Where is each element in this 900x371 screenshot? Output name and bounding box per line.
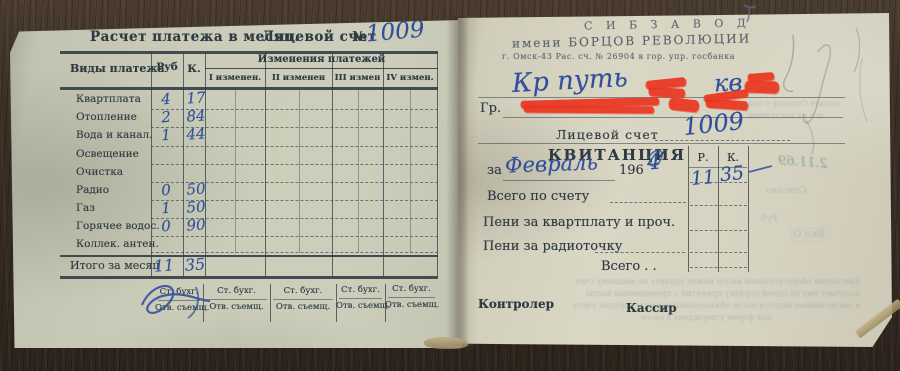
- receipt-rule: [688, 146, 689, 272]
- dotted-line: [610, 202, 686, 203]
- month-handwritten: Февраль: [505, 150, 599, 177]
- table-rule: [437, 53, 438, 277]
- tenant-label: Отв. съемщ.: [155, 303, 203, 313]
- signature-line: [273, 299, 333, 300]
- table-rule: [183, 53, 184, 277]
- row-value-kop: 17: [181, 88, 210, 108]
- bleedthrough-text: оплате Справку о зад: [748, 99, 839, 108]
- table-rule: [205, 53, 206, 277]
- accountant-label: Ст. бухг.: [270, 286, 336, 296]
- row-value-rub: 1: [151, 125, 180, 145]
- year-handwritten: 4: [646, 150, 662, 176]
- bleedthrough-text: Списано: [766, 186, 807, 196]
- table-subrule: [358, 90, 359, 253]
- table-subrule: [235, 90, 236, 253]
- ruled-line: [478, 143, 845, 144]
- dotted-line: [655, 140, 790, 141]
- signature-line: [339, 298, 382, 299]
- accountant-label: Ст. бухг.: [336, 285, 385, 295]
- redaction-mark: [524, 105, 654, 113]
- kop-header: К.: [183, 63, 205, 75]
- table-line: [60, 87, 438, 90]
- change-col-3: III измен: [332, 73, 383, 83]
- accountant-label: Ст. бухг.: [385, 284, 438, 294]
- row-value-rub: 4: [151, 89, 180, 109]
- accountant-label: Ст. бухг.: [203, 286, 270, 296]
- amount-kop-handwritten: 35: [716, 161, 748, 186]
- account-caption: Лицевой счет: [556, 127, 659, 142]
- receipt-row-line: [690, 230, 747, 231]
- signature-line: [388, 297, 435, 298]
- account-number-handwritten: 1009: [365, 16, 426, 47]
- table-rule: [332, 53, 333, 277]
- gr-label: Гр.: [480, 101, 501, 116]
- signature-line: [158, 300, 200, 301]
- ruled-line: [503, 117, 843, 118]
- row-value-kop: 90: [181, 215, 210, 235]
- bleedthrough-text: Квитанция сберегательной кассы может уда…: [468, 277, 860, 286]
- changes-header: Изменения платежей: [205, 54, 438, 65]
- row-label: Горячее водос.: [76, 220, 160, 232]
- row-label: Отопление: [76, 111, 137, 123]
- signature-line: [206, 299, 267, 300]
- tenant-label: Отв. съемщ.: [385, 300, 438, 310]
- row-value-rub: 0: [151, 180, 180, 200]
- table-line: [60, 276, 438, 279]
- bleedthrough-text: его на поступивш: [748, 111, 823, 120]
- row-label: Радио: [76, 184, 109, 196]
- change-col-2: II изменен: [265, 73, 332, 83]
- spine-shadow: [446, 16, 478, 346]
- penalty-radio-label: Пени за радиоточку: [483, 239, 622, 254]
- receipt-row-line: [690, 252, 747, 253]
- receipt-row-line: [690, 205, 747, 206]
- tenant-label: Отв. съемщ.: [203, 302, 270, 312]
- table-rule: [383, 53, 384, 277]
- row-label: Квартплата: [76, 93, 141, 105]
- row-value-kop: 50: [181, 179, 210, 199]
- row-value-kop: 44: [181, 124, 210, 144]
- table-line: [205, 68, 438, 69]
- accountant-label: Ст. бухг.: [155, 287, 203, 297]
- receipt-row-line: [690, 267, 747, 268]
- receipt-rub-header: Р.: [688, 151, 718, 164]
- row-label: Вода и канал.: [76, 129, 153, 141]
- change-col-1: I изменен.: [205, 73, 265, 83]
- row-line: [151, 252, 438, 253]
- row-line: [151, 146, 438, 147]
- rub-header: Руб: [151, 61, 183, 73]
- year-printed: 196: [619, 163, 644, 178]
- table-subrule: [410, 90, 411, 253]
- table-line: [60, 255, 438, 257]
- letterhead-line3: г. Омск-43 Рас. сч. № 26904 в гор. упр. …: [502, 52, 735, 61]
- row-value-rub: 2: [151, 107, 180, 127]
- redaction-mark: [745, 80, 779, 93]
- receipt-rule: [748, 146, 749, 272]
- row-value-rub: 0: [151, 216, 180, 236]
- tenant-label: Отв. съемщ.: [336, 301, 385, 311]
- row-label: Очистка: [76, 166, 123, 178]
- street-handwritten: Кр путь: [511, 63, 628, 99]
- amount-rub-handwritten: 11: [687, 166, 719, 191]
- total-label: Итого за месяц: [70, 259, 159, 272]
- total-by-account-label: Всего по счету: [487, 189, 589, 204]
- row-line: [151, 236, 438, 237]
- row-label: Коллек. антен.: [76, 238, 159, 250]
- penalty-rent-label: Пени за квартплату и проч.: [483, 215, 675, 230]
- photo-of-payment-book: Расчет платежа в месяц. Лицевой счет № 1…: [0, 0, 900, 371]
- bleedthrough-text: Руб.: [758, 214, 778, 224]
- total-kop-handwritten: 35: [180, 254, 209, 275]
- row-label: Газ: [76, 202, 95, 214]
- total-rub-handwritten: 11: [149, 255, 178, 276]
- ruled-line: [503, 180, 615, 181]
- row-value-rub: 1: [151, 198, 180, 218]
- bleedthrough-text: ная форма утверждена в кассе: [472, 313, 772, 322]
- page-curl: [424, 337, 468, 349]
- change-col-4: IV измен.: [383, 73, 437, 83]
- bleedthrough-stamp: Вкл О: [790, 228, 827, 241]
- row-value-kop: 84: [181, 106, 210, 126]
- row-value-kop: 50: [181, 197, 210, 217]
- table-rule: [265, 53, 266, 277]
- row-label: Освещение: [76, 148, 139, 160]
- total-label: Всего . .: [601, 259, 657, 274]
- cashier-label: Кассир: [626, 301, 677, 315]
- table-subrule: [299, 90, 300, 253]
- controller-label: Контролер: [478, 297, 554, 311]
- for-label: за: [487, 163, 502, 178]
- tenant-label: Отв. съемщ.: [270, 302, 336, 312]
- number-sign: №: [352, 29, 367, 45]
- row-line: [151, 164, 438, 165]
